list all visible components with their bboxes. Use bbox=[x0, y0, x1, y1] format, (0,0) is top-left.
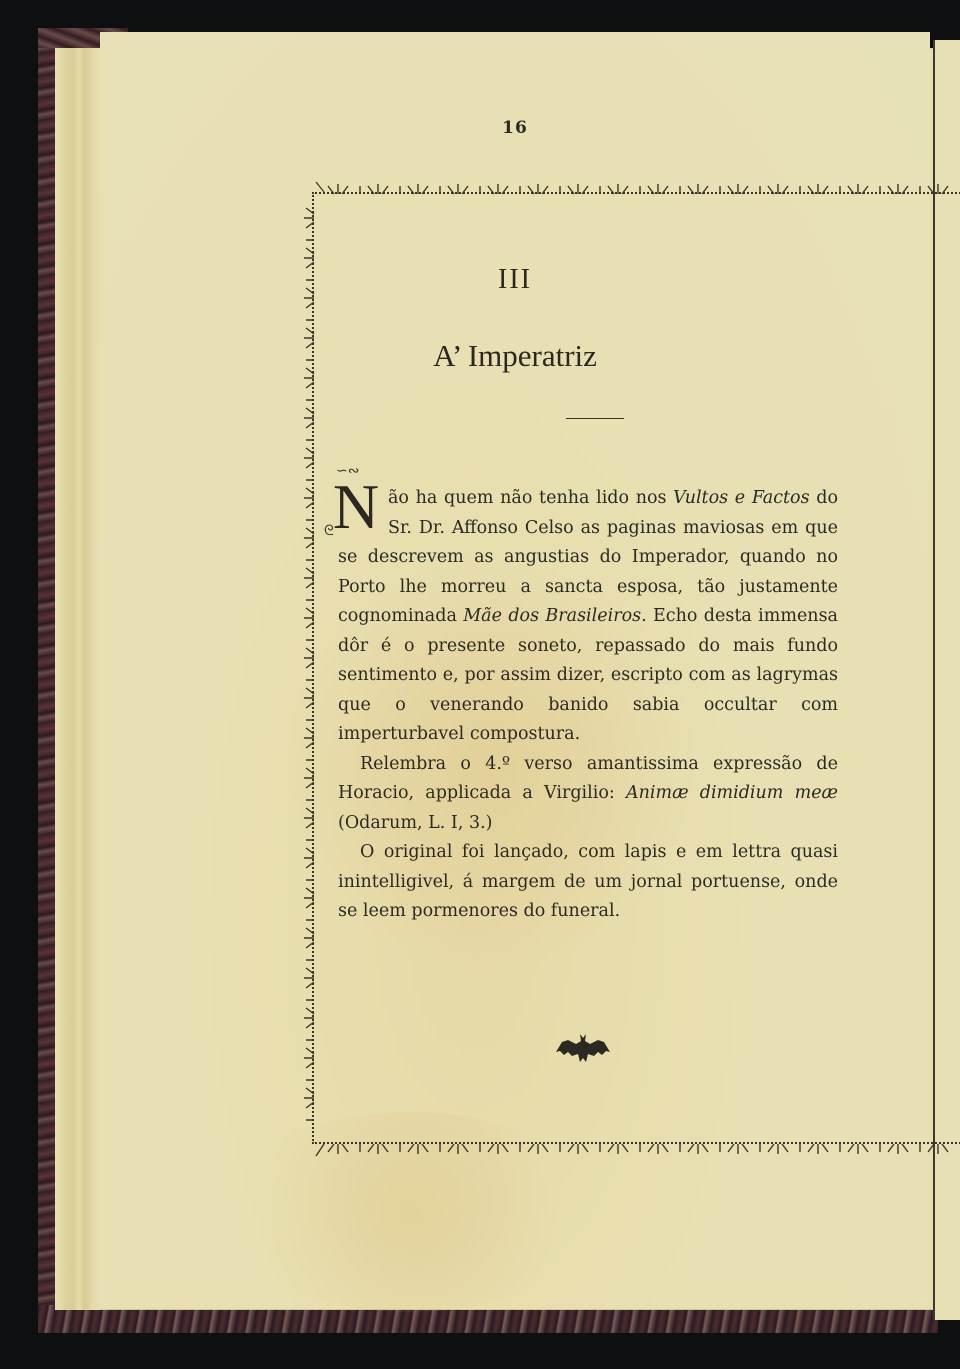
border-left-ornament bbox=[300, 194, 318, 1142]
paragraph-2: Relembra o 4.º verso amantissima express… bbox=[338, 750, 838, 839]
text-segment: ão ha quem não tenha lido nos bbox=[388, 488, 673, 508]
fleuron-row-icon bbox=[314, 1140, 960, 1158]
body-text: ∽∾ N ᘓ ão ha quem não tenha lido nos Vul… bbox=[338, 484, 838, 927]
flourish-icon: ∽∾ bbox=[336, 464, 359, 478]
border-top-ornament bbox=[314, 180, 960, 198]
text-segment: O original foi lançado, com lapis e em l… bbox=[338, 842, 838, 921]
italic-title-vultos-e-factos: Vultos e Factos bbox=[673, 488, 809, 508]
bat-icon bbox=[552, 1032, 614, 1068]
italic-mae-dos-brasileiros: Mãe dos Brasileiros bbox=[463, 606, 641, 626]
fleuron-column-icon bbox=[300, 194, 318, 1142]
italic-latin-quote: Animæ dimidium meæ bbox=[626, 783, 838, 803]
chapter-title: A’ Imperatriz bbox=[100, 338, 930, 374]
text-segment: . Echo desta immensa dôr é o presente so… bbox=[338, 606, 838, 744]
chapter-number: III bbox=[100, 264, 930, 296]
paragraph-3: O original foi lançado, com lapis e em l… bbox=[338, 838, 838, 927]
page-edges bbox=[55, 48, 100, 1310]
fleuron-row-icon bbox=[314, 180, 960, 198]
flourish-icon: ᘓ bbox=[324, 524, 334, 538]
text-segment: (Odarum, L. I, 3.) bbox=[338, 813, 492, 833]
border-bottom-ornament bbox=[314, 1140, 960, 1158]
book-page: 16 bbox=[100, 32, 930, 1307]
dropcap: ∽∾ N ᘓ bbox=[330, 472, 382, 536]
paragraph-1: ∽∾ N ᘓ ão ha quem não tenha lido nos Vul… bbox=[338, 484, 838, 750]
page-number: 16 bbox=[100, 118, 930, 138]
title-rule bbox=[566, 418, 624, 419]
